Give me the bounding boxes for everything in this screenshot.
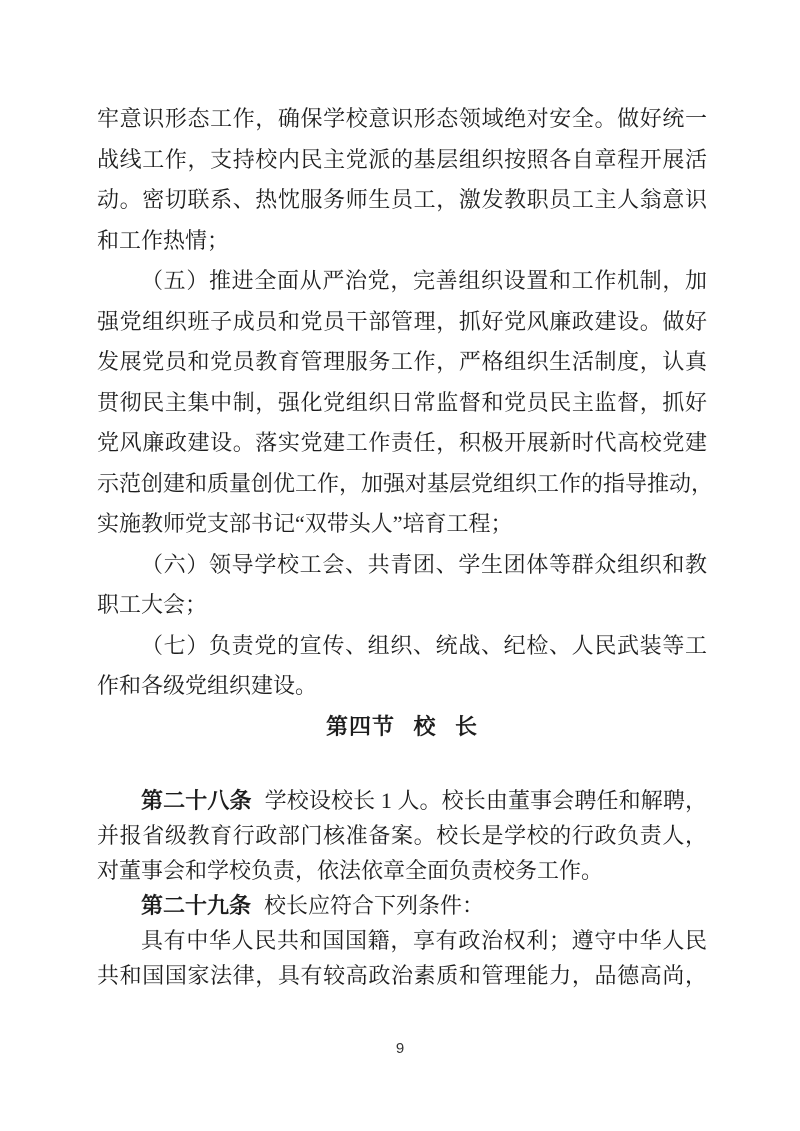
text-line: 贯彻民主集中制，强化党组织日常监督和党员民主监督，抓好 [97,383,707,424]
article-text: 学校设校长 1 人。校长由董事会聘任和解聘， [265,788,707,813]
text-line: 第二十九条校长应符合下列条件： [97,888,707,923]
text-line: 动。密切联系、热忱服务师生员工，激发教职员工主人翁意识 [97,180,707,221]
text-line: 强党组织班子成员和党员干部管理，抓好党风廉政建设。做好 [97,302,707,343]
page-number: 9 [0,1040,800,1057]
text-line: 发展党员和党员教育管理服务工作，严格组织生活制度，认真 [97,342,707,383]
article-block: 第二十八条学校设校长 1 人。校长由董事会聘任和解聘， 并报省级教育行政部门核准… [97,783,707,993]
article-text: 校长应符合下列条件： [264,893,484,918]
article-number: 第二十八条 [141,788,252,813]
text-line: （五）推进全面从严治党，完善组织设置和工作机制，加 [97,261,707,302]
text-line: 共和国国家法律，具有较高政治素质和管理能力，品德高尚， [97,958,707,993]
article-number: 第二十九条 [141,893,251,918]
text-line: 示范创建和质量创优工作，加强对基层党组织工作的指导推动， [97,464,707,505]
body-text: 牢意识形态工作，确保学校意识形态领域绝对安全。做好统一 战线工作，支持校内民主党… [97,99,707,993]
text-line: 对董事会和学校负责，依法依章全面负责校务工作。 [97,853,707,888]
text-line: 第二十八条学校设校长 1 人。校长由董事会聘任和解聘， [97,783,707,818]
text-line: （七）负责党的宣传、组织、统战、纪检、人民武装等工 [97,626,707,667]
document-page: 牢意识形态工作，确保学校意识形态领域绝对安全。做好统一 战线工作，支持校内民主党… [0,0,800,1131]
text-line: （六）领导学校工会、共青团、学生团体等群众组织和教 [97,545,707,586]
text-line: 作和各级党组织建设。 [97,666,707,707]
section-heading: 第四节 校 长 [97,707,707,748]
text-line: 并报省级教育行政部门核准备案。校长是学校的行政负责人， [97,818,707,853]
text-line: 实施教师党支部书记“双带头人”培育工程； [97,504,707,545]
text-line: 牢意识形态工作，确保学校意识形态领域绝对安全。做好统一 [97,99,707,140]
text-line: 和工作热情； [97,221,707,262]
text-line: 党风廉政建设。落实党建工作责任，积极开展新时代高校党建 [97,423,707,464]
text-line: 职工大会； [97,585,707,626]
text-line: 具有中华人民共和国国籍，享有政治权利；遵守中华人民 [97,923,707,958]
text-line: 战线工作，支持校内民主党派的基层组织按照各自章程开展活 [97,140,707,181]
